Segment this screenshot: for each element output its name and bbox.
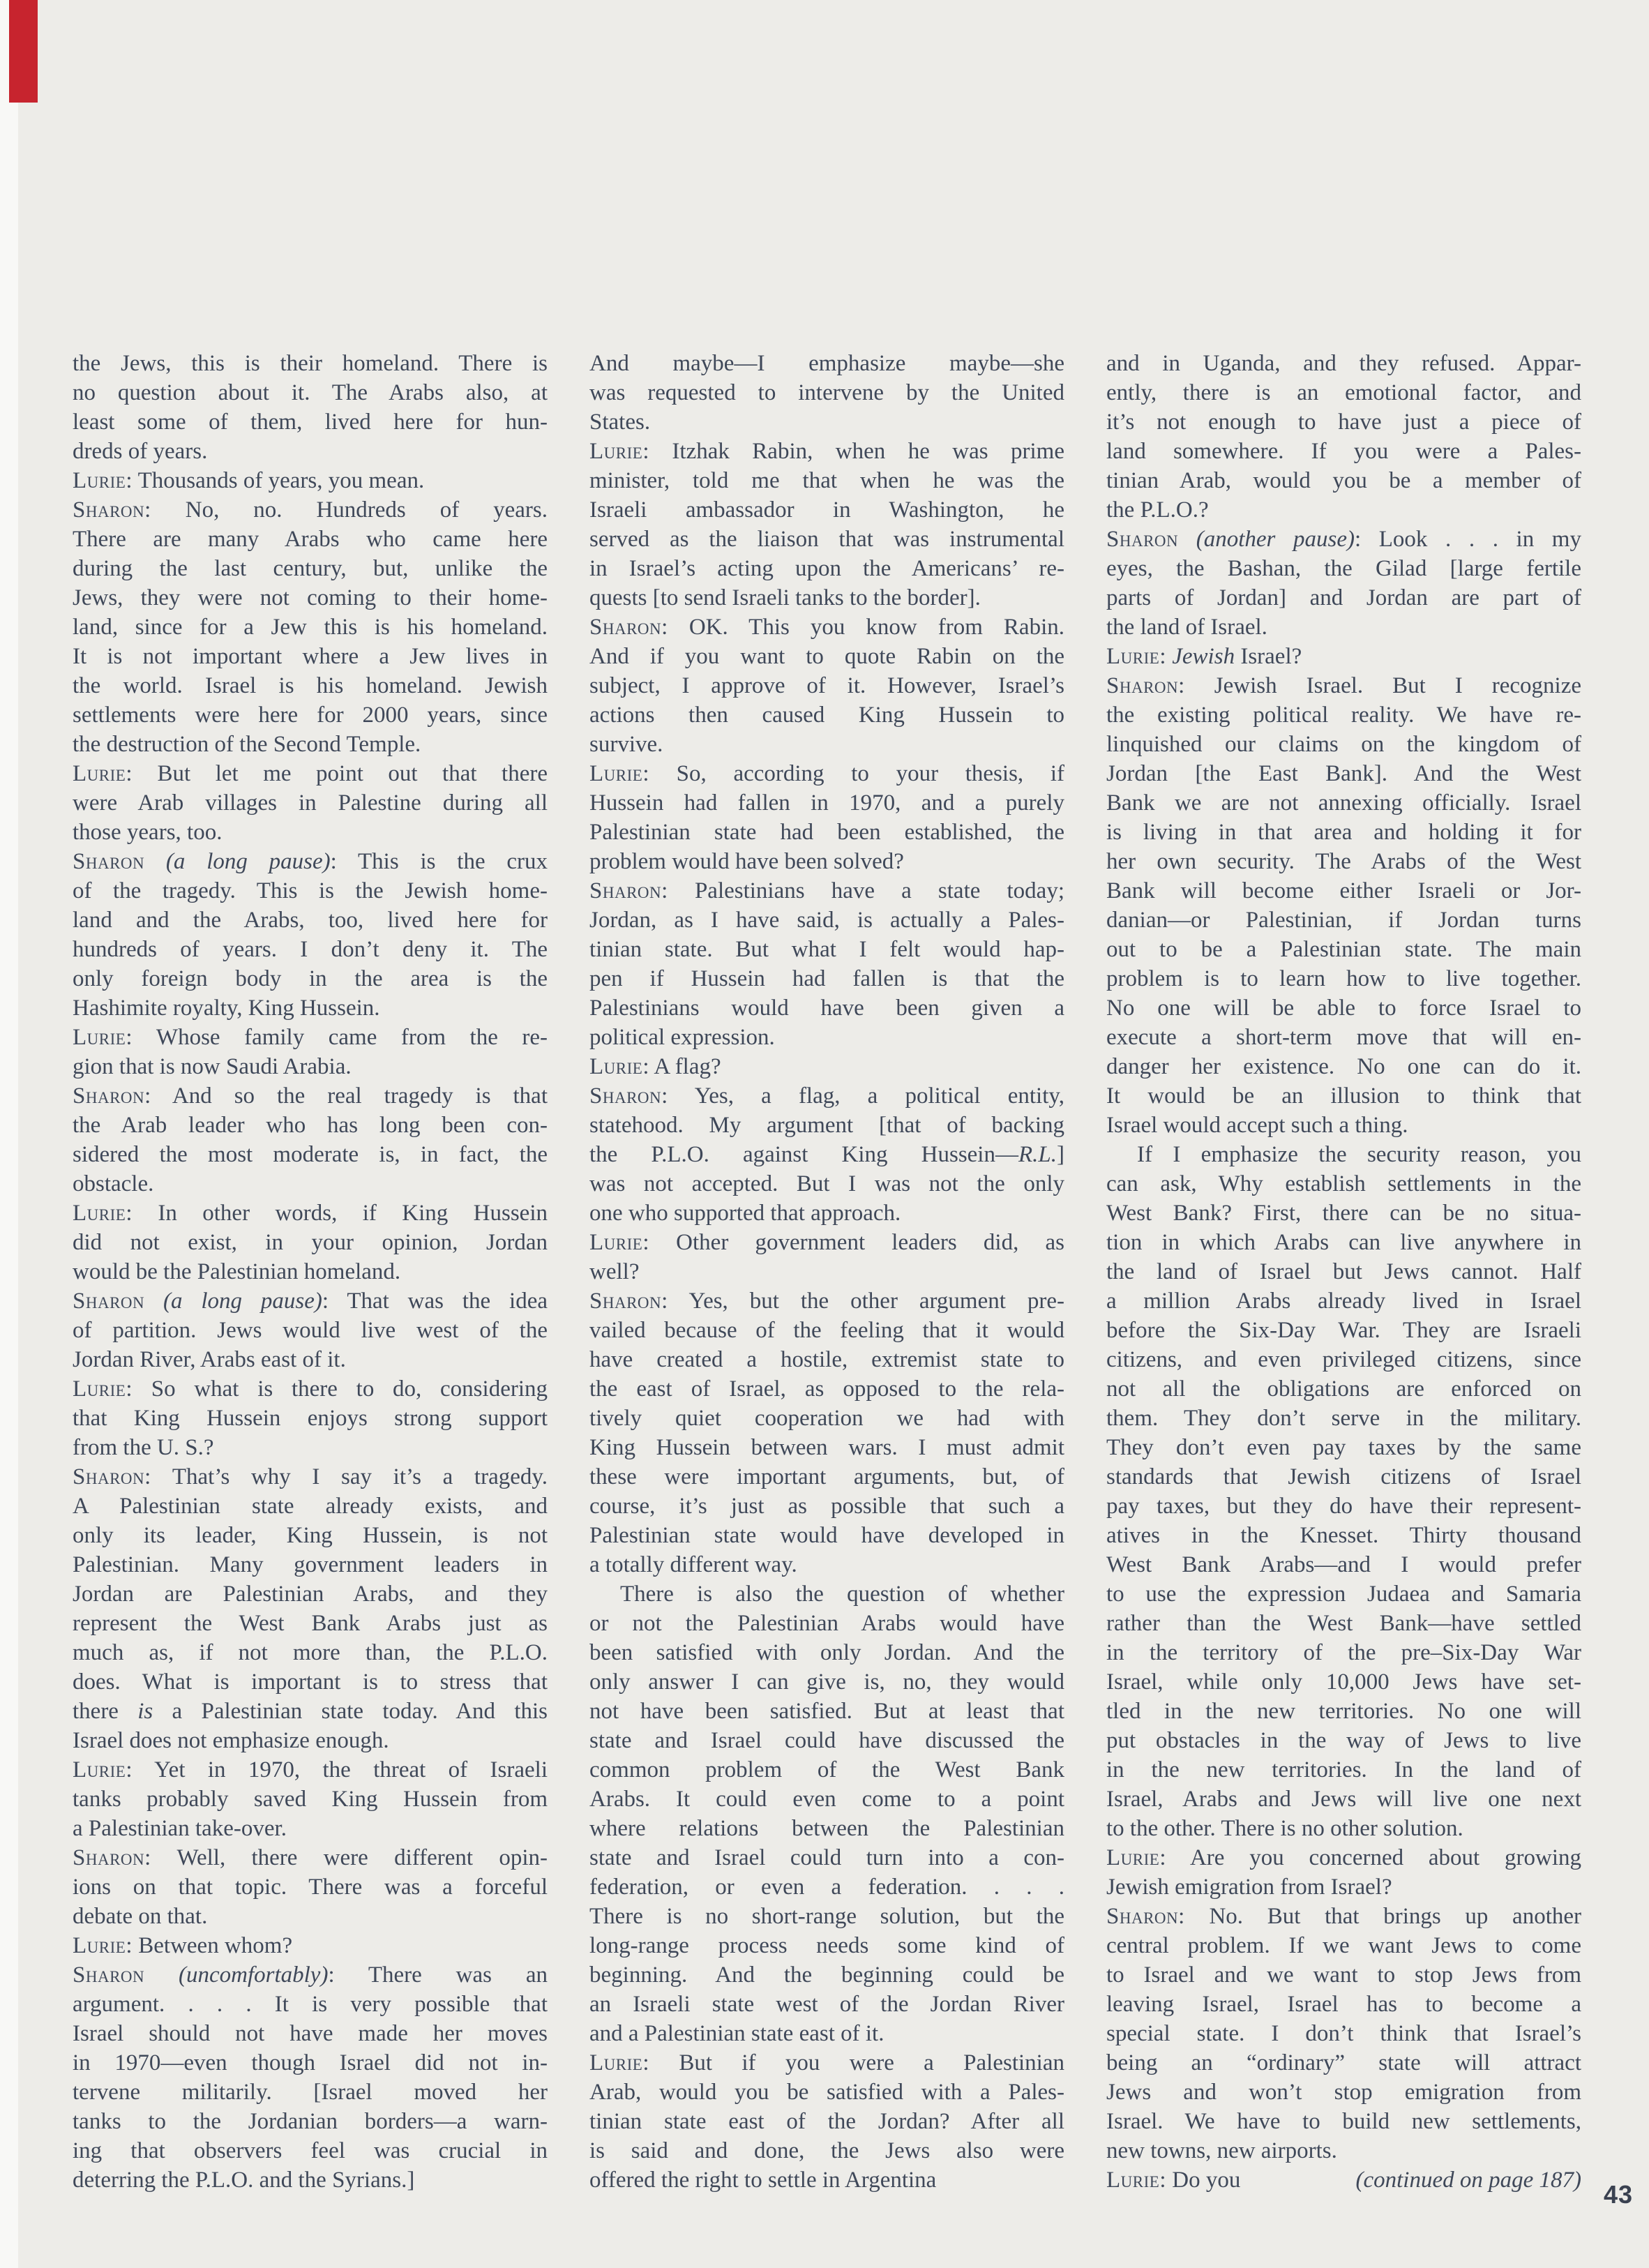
- text-line: well?: [589, 1257, 1064, 1286]
- speaker-label: Lurie:: [73, 1933, 133, 1958]
- text-run: (a long pause): [144, 849, 331, 874]
- text-line: it’s not enough to have just a piece of: [1106, 407, 1581, 437]
- speaker-label: Lurie:: [1106, 644, 1166, 669]
- text-run: Israeli ambassador in Washington, he: [589, 497, 1064, 523]
- text-line: new towns, new airports.: [1106, 2136, 1581, 2165]
- text-run: sidered the most moderate is, in fact, t…: [73, 1142, 548, 1167]
- speaker-label: Sharon:: [589, 1083, 668, 1109]
- text-run: in the new territories. In the land of: [1106, 1757, 1581, 1782]
- text-run: atives in the Knesset. Thirty thousand: [1106, 1523, 1581, 1548]
- text-column-2: And maybe—I emphasize maybe—shewas reque…: [589, 349, 1064, 2195]
- speaker-label: Lurie:: [589, 1054, 649, 1079]
- text-run: the Arab leader who has long been con-: [73, 1113, 548, 1138]
- text-line: during the last century, but, unlike the: [73, 554, 548, 583]
- text-run: So, according to your thesis, if: [649, 761, 1064, 786]
- text-run: quests [to send Israeli tanks to the bor…: [589, 585, 981, 610]
- text-run: : There was an: [328, 1962, 548, 1988]
- text-run: that King Hussein enjoys strong support: [73, 1406, 548, 1431]
- text-line: Lurie: Thousands of years, you mean.: [73, 466, 548, 495]
- text-line: in Israel’s acting upon the Americans’ r…: [589, 554, 1064, 583]
- text-run: federation, or even a federation. . . .: [589, 1875, 1064, 1900]
- text-line: Israel should not have made her moves: [73, 2019, 548, 2048]
- text-line: execute a short-term move that will en-: [1106, 1023, 1581, 1052]
- text-line: only answer I can give is, no, they woul…: [589, 1667, 1064, 1697]
- text-line: being an “ordinary” state will attract: [1106, 2048, 1581, 2078]
- text-run: and a Palestinian state east of it.: [589, 2021, 884, 2046]
- text-line: Hussein had fallen in 1970, and a purely: [589, 788, 1064, 818]
- text-line: citizens, and even privileged citizens, …: [1106, 1345, 1581, 1374]
- text-line: offered the right to settle in Argentina: [589, 2165, 1064, 2195]
- text-line: a totally different way.: [589, 1550, 1064, 1579]
- text-run: was not accepted. But I was not the only: [589, 1171, 1064, 1196]
- speaker-label: Sharon: [73, 1962, 144, 1988]
- text-line: state and Israel could turn into a con-: [589, 1843, 1064, 1872]
- text-line: dreds of years.: [73, 437, 548, 466]
- text-line: to use the expression Judaea and Samaria: [1106, 1579, 1581, 1609]
- text-line: minister, told me that when he was the: [589, 466, 1064, 495]
- text-run: the land of Israel.: [1106, 615, 1267, 640]
- text-run: an Israeli state west of the Jordan Rive…: [589, 1992, 1064, 2017]
- text-run: course, it’s just as possible that such …: [589, 1494, 1064, 1519]
- speaker-label: Sharon:: [589, 615, 668, 640]
- text-run: settlements were here for 2000 years, si…: [73, 703, 548, 728]
- text-line: beginning. And the beginning could be: [589, 1960, 1064, 1990]
- text-run: No one will be able to force Israel to: [1106, 996, 1581, 1021]
- text-run: States.: [589, 410, 650, 435]
- text-run: in 1970—even though Israel did not in-: [73, 2050, 548, 2075]
- text-line: tervene militarily. [Israel moved her: [73, 2078, 548, 2107]
- text-run: (another pause): [1178, 527, 1355, 552]
- text-run: danger her existence. No one can do it.: [1106, 1054, 1581, 1079]
- speaker-label: Sharon:: [73, 497, 151, 523]
- text-line: there is a Palestinian state today. And …: [73, 1697, 548, 1726]
- text-run: No, no. Hundreds of years.: [151, 497, 548, 523]
- text-line: If I emphasize the security reason, you: [1106, 1140, 1581, 1169]
- page-edge: [0, 0, 18, 2268]
- speaker-label: Sharon:: [1106, 1904, 1185, 1929]
- text-line: put obstacles in the way of Jews to live: [1106, 1726, 1581, 1755]
- speaker-label: Lurie:: [73, 468, 133, 493]
- text-run: No. But that brings up another: [1185, 1904, 1581, 1929]
- text-run: dreds of years.: [73, 439, 207, 464]
- speaker-label: Lurie:: [73, 1025, 133, 1050]
- text-run: West Bank Arabs—and I would prefer: [1106, 1552, 1581, 1577]
- text-line: debate on that.: [73, 1902, 548, 1931]
- text-run: ]: [1057, 1142, 1064, 1167]
- text-line: the land of Israel.: [1106, 613, 1581, 642]
- speaker-label: Lurie:: [589, 761, 649, 786]
- text-line: her own security. The Arabs of the West: [1106, 847, 1581, 876]
- text-run: Do you: [1166, 2168, 1240, 2193]
- text-line: Sharon: OK. This you know from Rabin.: [589, 613, 1064, 642]
- speaker-label: Sharon:: [589, 1289, 668, 1314]
- speaker-label: Sharon: [73, 849, 144, 874]
- text-line: pen if Hussein had fallen is that the: [589, 964, 1064, 993]
- text-run: Bank will become either Israeli or Jor-: [1106, 878, 1581, 903]
- text-line: tinian state east of the Jordan? After a…: [589, 2107, 1064, 2136]
- text-line: can ask, Why establish settlements in th…: [1106, 1169, 1581, 1199]
- text-line: Israel does not emphasize enough.: [73, 1726, 548, 1755]
- text-run: standards that Jewish citizens of Israel: [1106, 1464, 1581, 1489]
- text-line: Lurie: So, according to your thesis, if: [589, 759, 1064, 788]
- text-line: It is not important where a Jew lives in: [73, 642, 548, 671]
- text-run: They don’t even pay taxes by the same: [1106, 1435, 1581, 1460]
- text-line: Lurie: In other words, if King Hussein: [73, 1199, 548, 1228]
- text-line: the Arab leader who has long been con-: [73, 1111, 548, 1140]
- text-run: central problem. If we want Jews to come: [1106, 1933, 1581, 1958]
- text-run: Itzhak Rabin, when he was prime: [649, 439, 1064, 464]
- text-line: standards that Jewish citizens of Israel: [1106, 1462, 1581, 1492]
- text-line: danian—or Palestinian, if Jordan turns: [1106, 906, 1581, 935]
- magazine-page: the Jews, this is their homeland. There …: [0, 0, 1649, 2268]
- text-run: one who supported that approach.: [589, 1201, 901, 1226]
- text-line: Sharon (a long pause): This is the crux: [73, 847, 548, 876]
- text-line: linquished our claims on the kingdom of: [1106, 730, 1581, 759]
- text-line: Jews, they were not coming to their home…: [73, 583, 548, 613]
- text-line: pay taxes, but they do have their repres…: [1106, 1492, 1581, 1521]
- text-line: from the U. S.?: [73, 1433, 548, 1462]
- text-line: actions then caused King Hussein to: [589, 700, 1064, 730]
- text-line: Sharon (uncomfortably): There was an: [73, 1960, 548, 1990]
- text-run: represent the West Bank Arabs just as: [73, 1611, 548, 1636]
- text-line: the land of Israel but Jews cannot. Half: [1106, 1257, 1581, 1286]
- text-run: during the last century, but, unlike the: [73, 556, 548, 581]
- text-run: common problem of the West Bank: [589, 1757, 1064, 1782]
- text-run: Jordan are Palestinian Arabs, and they: [73, 1582, 548, 1607]
- text-run: offered the right to settle in Argentina: [589, 2168, 936, 2193]
- text-line: hundreds of years. I don’t deny it. The: [73, 935, 548, 964]
- text-line: Sharon: Yes, a flag, a political entity,: [589, 1081, 1064, 1111]
- text-line: in the new territories. In the land of: [1106, 1755, 1581, 1785]
- text-line: Lurie: Are you concerned about growing: [1106, 1843, 1581, 1872]
- text-line: problem is to learn how to live together…: [1106, 964, 1581, 993]
- text-run: can ask, Why establish settlements in th…: [1106, 1171, 1581, 1196]
- text-run: Well, there were different opin-: [151, 1845, 548, 1870]
- speaker-label: Sharon:: [1106, 673, 1185, 698]
- text-line: the world. Israel is his homeland. Jewis…: [73, 671, 548, 700]
- text-run: Arab, would you be satisfied with a Pale…: [589, 2080, 1064, 2105]
- text-line: sidered the most moderate is, in fact, t…: [73, 1140, 548, 1169]
- text-run: : That was the idea: [322, 1289, 548, 1314]
- speaker-label: Lurie:: [1106, 1845, 1166, 1870]
- text-column-1: the Jews, this is their homeland. There …: [73, 349, 548, 2195]
- text-run: tinian state. But what I felt would hap-: [589, 937, 1064, 962]
- text-line: Palestinian state would have developed i…: [589, 1521, 1064, 1550]
- text-line: course, it’s just as possible that such …: [589, 1492, 1064, 1521]
- text-run: no question about it. The Arabs also, at: [73, 380, 548, 405]
- text-line: Arab, would you be satisfied with a Pale…: [589, 2078, 1064, 2107]
- text-line: Jordan River, Arabs east of it.: [73, 1345, 548, 1374]
- text-run: subject, I approve of it. However, Israe…: [589, 673, 1064, 698]
- text-line: Israel would accept such a thing.: [1106, 1111, 1581, 1140]
- text-line: (continued on page 187)Lurie: Do you: [1106, 2165, 1581, 2195]
- text-run: deterring the P.L.O. and the Syrians.]: [73, 2168, 414, 2193]
- text-run: Hashimite royalty, King Hussein.: [73, 996, 380, 1021]
- text-run: Palestinians would have been given a: [589, 996, 1064, 1021]
- text-line: is said and done, the Jews also were: [589, 2136, 1064, 2165]
- text-line: did not exist, in your opinion, Jordan: [73, 1228, 548, 1257]
- text-line: Jordan are Palestinian Arabs, and they: [73, 1579, 548, 1609]
- text-line: Sharon: Palestinians have a state today;: [589, 876, 1064, 906]
- text-run: before the Six-Day War. They are Israeli: [1106, 1318, 1581, 1343]
- text-run: would be the Palestinian homeland.: [73, 1259, 400, 1284]
- text-line: of the tragedy. This is the Jewish home-: [73, 876, 548, 906]
- text-run: And if you want to quote Rabin on the: [589, 644, 1064, 669]
- text-line: Jordan, as I have said, is actually a Pa…: [589, 906, 1064, 935]
- text-line: been satisfied with only Jordan. And the: [589, 1638, 1064, 1667]
- text-line: No one will be able to force Israel to: [1106, 993, 1581, 1023]
- text-line: these were important arguments, but, of: [589, 1462, 1064, 1492]
- text-run: where relations between the Palestinian: [589, 1816, 1064, 1841]
- text-run: only its leader, King Hussein, is not: [73, 1523, 548, 1548]
- text-line: Bank we are not annexing officially. Isr…: [1106, 788, 1581, 818]
- text-run: these were important arguments, but, of: [589, 1464, 1064, 1489]
- text-run: ing that observers feel was crucial in: [73, 2138, 548, 2163]
- text-run: special state. I don’t think that Israel…: [1106, 2021, 1581, 2046]
- text-line: and in Uganda, and they refused. Appar-: [1106, 349, 1581, 378]
- text-run: OK. This you know from Rabin.: [668, 615, 1064, 640]
- text-run: danian—or Palestinian, if Jordan turns: [1106, 908, 1581, 933]
- text-line: Jews and won’t stop emigration from: [1106, 2078, 1581, 2107]
- text-run: put obstacles in the way of Jews to live: [1106, 1728, 1581, 1753]
- text-line: Lurie: Whose family came from the re-: [73, 1023, 548, 1052]
- text-run: minister, told me that when he was the: [589, 468, 1064, 493]
- text-line: King Hussein between wars. I must admit: [589, 1433, 1064, 1462]
- text-run: ions on that topic. There was a forceful: [73, 1875, 548, 1900]
- text-run: to use the expression Judaea and Samaria: [1106, 1582, 1581, 1607]
- text-run: Palestinians have a state today;: [668, 878, 1064, 903]
- text-line: or not the Palestinian Arabs would have: [589, 1609, 1064, 1638]
- text-run: were Arab villages in Palestine during a…: [73, 790, 548, 816]
- text-run: Palestinian state would have developed i…: [589, 1523, 1064, 1548]
- text-line: A Palestinian state already exists, and: [73, 1492, 548, 1521]
- text-run: Israel?: [1235, 644, 1302, 669]
- text-run: tanks probably saved King Hussein from: [73, 1787, 548, 1812]
- text-run: least some of them, lived here for hun-: [73, 410, 548, 435]
- text-run: Jews, they were not coming to their home…: [73, 585, 548, 610]
- speaker-label: Sharon:: [73, 1845, 151, 1870]
- text-line: gion that is now Saudi Arabia.: [73, 1052, 548, 1081]
- text-run: land somewhere. If you were a Pales-: [1106, 439, 1581, 464]
- text-run: Jews and won’t stop emigration from: [1106, 2080, 1581, 2105]
- text-run: And maybe—I emphasize maybe—she: [589, 351, 1064, 376]
- text-line: ions on that topic. There was a forceful: [73, 1872, 548, 1902]
- text-run: not all the obligations are enforced on: [1106, 1376, 1581, 1402]
- text-line: served as the liaison that was instrumen…: [589, 525, 1064, 554]
- text-run: the land of Israel but Jews cannot. Half: [1106, 1259, 1581, 1284]
- text-run: to Israel and we want to stop Jews from: [1106, 1962, 1581, 1988]
- text-line: the existing political reality. We have …: [1106, 700, 1581, 730]
- text-line: Sharon: Yes, but the other argument pre-: [589, 1286, 1064, 1316]
- text-line: rather than the West Bank—have settled: [1106, 1609, 1581, 1638]
- text-run: there: [73, 1699, 137, 1724]
- text-line: in 1970—even though Israel did not in-: [73, 2048, 548, 2078]
- text-line: not all the obligations are enforced on: [1106, 1374, 1581, 1404]
- text-line: have created a hostile, extremist state …: [589, 1345, 1064, 1374]
- text-line: tively quiet cooperation we had with: [589, 1404, 1064, 1433]
- text-run: Jordan [the East Bank]. And the West: [1106, 761, 1581, 786]
- text-run: Bank we are not annexing officially. Isr…: [1106, 790, 1581, 816]
- text-line: There are many Arabs who came here: [73, 525, 548, 554]
- text-line: West Bank Arabs—and I would prefer: [1106, 1550, 1581, 1579]
- text-line: argument. . . . It is very possible that: [73, 1990, 548, 2019]
- text-run: Whose family came from the re-: [133, 1025, 548, 1050]
- text-run: Palestinian. Many government leaders in: [73, 1552, 548, 1577]
- text-line: special state. I don’t think that Israel…: [1106, 2019, 1581, 2048]
- text-run: is living in that area and holding it fo…: [1106, 820, 1581, 845]
- text-line: It would be an illusion to think that: [1106, 1081, 1581, 1111]
- text-run: ently, there is an emotional factor, and: [1106, 380, 1581, 405]
- text-run: pen if Hussein had fallen is that the: [589, 966, 1064, 991]
- text-run: in the territory of the pre–Six-Day War: [1106, 1640, 1581, 1665]
- text-run: have created a hostile, extremist state …: [589, 1347, 1064, 1372]
- text-run: served as the liaison that was instrumen…: [589, 527, 1064, 552]
- text-line: long-range process needs some kind of: [589, 1931, 1064, 1960]
- text-line: Palestinian state had been established, …: [589, 818, 1064, 847]
- text-run: Other government leaders did, as: [649, 1230, 1064, 1255]
- text-line: Lurie: Itzhak Rabin, when he was prime: [589, 437, 1064, 466]
- text-line: Sharon: No. But that brings up another: [1106, 1902, 1581, 1931]
- text-line: ently, there is an emotional factor, and: [1106, 378, 1581, 407]
- text-run: Jewish Israel. But I recognize: [1185, 673, 1581, 698]
- text-run: obstacle.: [73, 1171, 153, 1196]
- text-run: A Palestinian state already exists, and: [73, 1494, 548, 1519]
- text-line: Sharon: That’s why I say it’s a tragedy.: [73, 1462, 548, 1492]
- text-run: : This is the crux: [331, 849, 548, 874]
- text-line: the Jews, this is their homeland. There …: [73, 349, 548, 378]
- text-run: Israel. We have to build new settlements…: [1106, 2109, 1581, 2134]
- text-line: land and the Arabs, too, lived here for: [73, 906, 548, 935]
- speaker-label: Sharon: [73, 1289, 144, 1314]
- text-line: Arabs. It could even come to a point: [589, 1785, 1064, 1814]
- text-run: In other words, if King Hussein: [133, 1201, 548, 1226]
- text-run: only foreign body in the area is the: [73, 966, 548, 991]
- text-line: was requested to intervene by the United: [589, 378, 1064, 407]
- text-run: Arabs. It could even come to a point: [589, 1787, 1064, 1812]
- text-line: Hashimite royalty, King Hussein.: [73, 993, 548, 1023]
- text-run: Hussein had fallen in 1970, and a purely: [589, 790, 1064, 816]
- text-run: a million Arabs already lived in Israel: [1106, 1289, 1581, 1314]
- text-run: Jordan, as I have said, is actually a Pa…: [589, 908, 1064, 933]
- text-line: Lurie: Jewish Israel?: [1106, 642, 1581, 671]
- text-run: : Look . . . in my: [1355, 527, 1581, 552]
- text-line: Lurie: A flag?: [589, 1052, 1064, 1081]
- text-line: Lurie: Other government leaders did, as: [589, 1228, 1064, 1257]
- text-run: And so the real tragedy is that: [151, 1083, 548, 1109]
- text-line: Jewish emigration from Israel?: [1106, 1872, 1581, 1902]
- text-line: Sharon (a long pause): That was the idea: [73, 1286, 548, 1316]
- text-line: to the other. There is no other solution…: [1106, 1814, 1581, 1843]
- text-run: them. They don’t serve in the military.: [1106, 1406, 1581, 1431]
- text-run: actions then caused King Hussein to: [589, 703, 1064, 728]
- text-run: Between whom?: [133, 1933, 292, 1958]
- text-run: been satisfied with only Jordan. And the: [589, 1640, 1064, 1665]
- text-line: ing that observers feel was crucial in: [73, 2136, 548, 2165]
- text-line: There is also the question of whether: [589, 1579, 1064, 1609]
- text-line: not have been satisfied. But at least th…: [589, 1697, 1064, 1726]
- text-run: it’s not enough to have just a piece of: [1106, 410, 1581, 435]
- text-line: state and Israel could have discussed th…: [589, 1726, 1064, 1755]
- text-run: tively quiet cooperation we had with: [589, 1406, 1064, 1431]
- speaker-label: Lurie:: [73, 761, 133, 786]
- text-run: tinian Arab, would you be a member of: [1106, 468, 1581, 493]
- text-line: tled in the new territories. No one will: [1106, 1697, 1581, 1726]
- text-run: Jewish emigration from Israel?: [1106, 1875, 1392, 1900]
- text-run: state and Israel could turn into a con-: [589, 1845, 1064, 1870]
- text-line: no question about it. The Arabs also, at: [73, 378, 548, 407]
- text-run: Jewish: [1166, 644, 1235, 669]
- text-run: Palestinian state had been established, …: [589, 820, 1064, 845]
- text-run: (continued on page 187): [1355, 2165, 1581, 2195]
- text-run: the existing political reality. We have …: [1106, 703, 1581, 728]
- text-line: federation, or even a federation. . . .: [589, 1872, 1064, 1902]
- text-line: eyes, the Bashan, the Gilad [large ferti…: [1106, 554, 1581, 583]
- text-run: execute a short-term move that will en-: [1106, 1025, 1581, 1050]
- text-run: leaving Israel, Israel has to become a: [1106, 1992, 1581, 2017]
- text-run: pay taxes, but they do have their repres…: [1106, 1494, 1581, 1519]
- text-run: the destruction of the Second Temple.: [73, 732, 421, 757]
- text-run: So what is there to do, considering: [133, 1376, 548, 1402]
- text-line: States.: [589, 407, 1064, 437]
- text-run: tervene militarily. [Israel moved her: [73, 2080, 548, 2105]
- text-line: a Palestinian take-over.: [73, 1814, 548, 1843]
- text-line: Sharon: No, no. Hundreds of years.: [73, 495, 548, 525]
- text-run: Jordan River, Arabs east of it.: [73, 1347, 346, 1372]
- text-line: tanks to the Jordanian borders—a warn-: [73, 2107, 548, 2136]
- speaker-label: Sharon:: [589, 878, 668, 903]
- text-line: danger her existence. No one can do it.: [1106, 1052, 1581, 1081]
- text-run: That’s why I say it’s a tragedy.: [151, 1464, 548, 1489]
- text-line: central problem. If we want Jews to come: [1106, 1931, 1581, 1960]
- text-run: Thousands of years, you mean.: [133, 468, 424, 493]
- text-line: Bank will become either Israeli or Jor-: [1106, 876, 1581, 906]
- text-run: (a long pause): [144, 1289, 322, 1314]
- text-run: tion in which Arabs can live anywhere in: [1106, 1230, 1581, 1255]
- text-line: was not accepted. But I was not the only: [589, 1169, 1064, 1199]
- text-line: would be the Palestinian homeland.: [73, 1257, 548, 1286]
- text-run: Israel would accept such a thing.: [1106, 1113, 1408, 1138]
- text-line: does. What is important is to stress tha…: [73, 1667, 548, 1697]
- text-line: Sharon: Well, there were different opin-: [73, 1843, 548, 1872]
- text-line: problem would have been solved?: [589, 847, 1064, 876]
- text-run: It is not important where a Jew lives in: [73, 644, 548, 669]
- text-line: least some of them, lived here for hun-: [73, 407, 548, 437]
- text-line: Lurie: But if you were a Palestinian: [589, 2048, 1064, 2078]
- text-line: obstacle.: [73, 1169, 548, 1199]
- text-run: and in Uganda, and they refused. Appar-: [1106, 351, 1581, 376]
- text-line: of partition. Jews would live west of th…: [73, 1316, 548, 1345]
- text-run: new towns, new airports.: [1106, 2138, 1337, 2163]
- speaker-label: Lurie:: [73, 1376, 133, 1402]
- text-line: only foreign body in the area is the: [73, 964, 548, 993]
- text-line: West Bank? First, there can be no situa-: [1106, 1199, 1581, 1228]
- text-line: subject, I approve of it. However, Israe…: [589, 671, 1064, 700]
- text-run: But if you were a Palestinian: [649, 2050, 1064, 2075]
- text-run: the Jews, this is their homeland. There …: [73, 351, 548, 376]
- text-line: a million Arabs already lived in Israel: [1106, 1286, 1581, 1316]
- text-run: debate on that.: [73, 1904, 207, 1929]
- text-run: statehood. My argument [that of backing: [589, 1113, 1064, 1138]
- text-line: Lurie: Between whom?: [73, 1931, 548, 1960]
- text-line: those years, too.: [73, 818, 548, 847]
- text-run: Israel, while only 10,000 Jews have set-: [1106, 1669, 1581, 1695]
- speaker-label: Lurie:: [589, 439, 649, 464]
- text-line: vailed because of the feeling that it wo…: [589, 1316, 1064, 1345]
- text-run: much as, if not more than, the P.L.O.: [73, 1640, 548, 1665]
- text-run: Israel, Arabs and Jews will live one nex…: [1106, 1787, 1581, 1812]
- text-run: those years, too.: [73, 820, 222, 845]
- text-run: the east of Israel, as opposed to the re…: [589, 1376, 1064, 1402]
